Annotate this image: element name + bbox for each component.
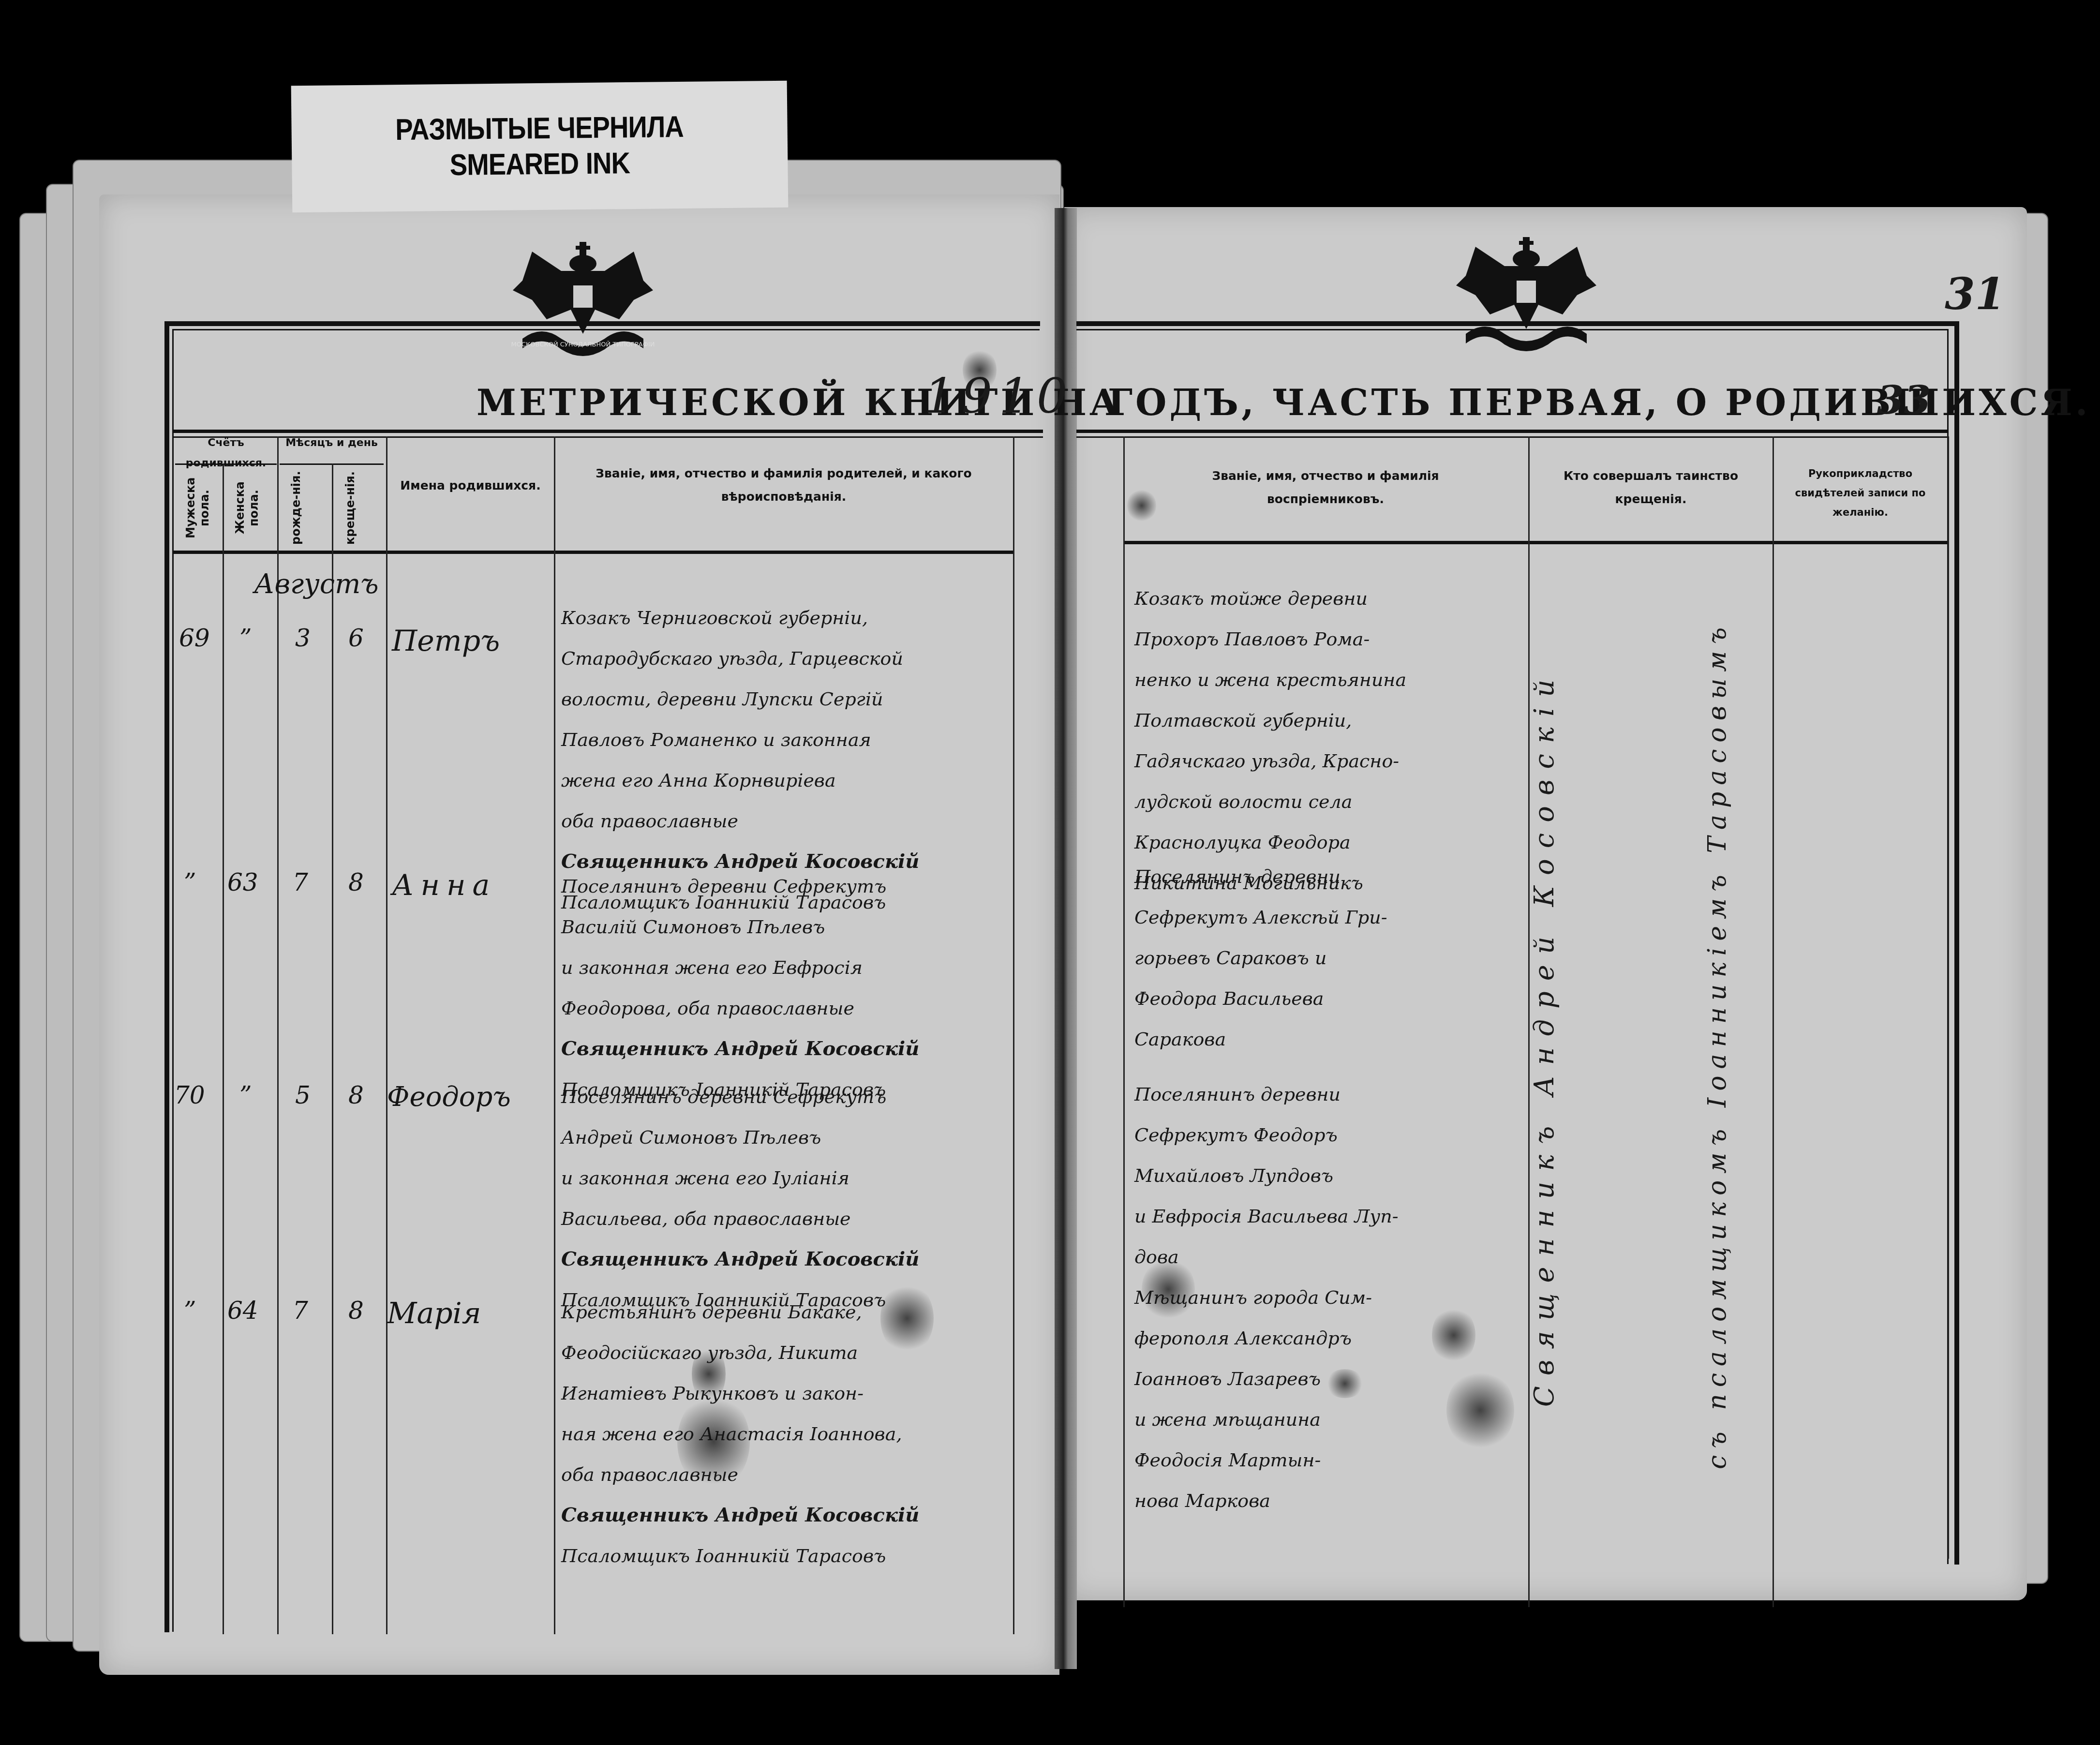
row4-birth-day: 7 [293, 1297, 308, 1325]
book-spine [1055, 208, 1077, 1669]
col-divider [1948, 436, 1949, 1559]
folio-number: 31 [1945, 268, 2005, 320]
signature-priest: Священникъ Андрей Косовскій [561, 1239, 919, 1280]
header-names: Имена родившихся. [389, 474, 551, 497]
row2-female-no: 63 [227, 868, 258, 896]
row1-name: Петръ [392, 624, 500, 658]
row4-name: Марія [387, 1297, 481, 1330]
label-line-en: SMEARED INK [449, 146, 630, 183]
header-performer: Кто совершалъ таинство крещенія. [1531, 464, 1771, 510]
header-godparents: Званіе, имя, отчество и фамилія воспріем… [1127, 464, 1524, 510]
left-header-bottom-rule [172, 551, 1014, 554]
header-parents: Званіе, имя, отчество и фамилія родителе… [566, 462, 1001, 508]
header-count-born: Счётъ родившихся. [175, 433, 277, 474]
header-birth: рожде-нія. [289, 469, 323, 547]
ink-smear [1326, 1369, 1364, 1398]
col-divider [1772, 436, 1774, 1607]
row3-name: Феодоръ [387, 1081, 511, 1113]
row4-baptism-day: 8 [348, 1297, 364, 1325]
row3-female-no: ” [239, 1081, 252, 1109]
ink-smear [677, 1393, 750, 1490]
col-divider [277, 436, 279, 1634]
godparents-row2: Поселянинъ деревни Сефрекутъ Алексѣй Гри… [1134, 856, 1387, 1059]
col-divider [1123, 436, 1125, 1607]
row2-parents: Поселянинъ деревни Сефрекутъ Василій Сим… [561, 866, 919, 1110]
header-female: Женска пола. [233, 469, 267, 547]
header-male: Мужеска пола. [184, 469, 218, 547]
godparents-row1: Козакъ тойже деревни Прохоръ Павловъ Ром… [1134, 578, 1406, 903]
month-label: Августъ [254, 568, 379, 600]
row1-male-no: 69 [179, 624, 210, 652]
row1-female-no: ” [239, 624, 252, 652]
row2-baptism-day: 8 [348, 868, 364, 896]
signature-priest: Священникъ Андрей Косовскій [561, 1029, 919, 1069]
left-header-top-rule [172, 430, 1043, 433]
ink-smear [1446, 1369, 1514, 1451]
signature-priest: Священникъ Андрей Косовскій [561, 1495, 919, 1536]
row4-female-no: 64 [227, 1297, 258, 1325]
right-header-top-rule-2 [1076, 436, 1947, 438]
row2-male-no: ” [184, 868, 196, 896]
ink-smear [963, 348, 997, 392]
row4-male-no: ” [184, 1297, 196, 1325]
label-line-ru: РАЗМЫТЫЕ ЧЕРНИЛА [395, 109, 684, 148]
col-divider [332, 463, 333, 1634]
ink-smear [1432, 1306, 1475, 1364]
col-divider [223, 463, 224, 1634]
row3-male-no: 70 [174, 1081, 205, 1109]
row2-birth-day: 7 [293, 868, 308, 896]
right-header-top-rule [1076, 430, 1947, 433]
row3-birth-day: 5 [295, 1081, 311, 1109]
godparents-row3: Поселянинъ деревни Сефрекутъ Феодоръ Мих… [1134, 1074, 1399, 1277]
header-baptism: креще-нія. [343, 469, 377, 547]
sheet-number: 33 [1877, 377, 1931, 423]
signature-psalmist: Псаломщикъ Іоанникій Тарасовъ [561, 1536, 919, 1576]
year-handwritten: 1910 [924, 368, 1074, 424]
row3-parents: Поселянинъ деревни Сефрекутъ Андрей Симо… [561, 1076, 919, 1320]
col-divider [386, 436, 387, 1634]
ink-smear [1127, 489, 1156, 522]
row2-name: Анна [392, 868, 496, 902]
header-witnesses: Рукоприкладство свидѣтелей записи по жел… [1774, 464, 1946, 522]
col-divider [1013, 436, 1014, 1634]
row1-birth-day: 3 [295, 624, 311, 652]
row3-baptism-day: 8 [348, 1081, 364, 1109]
ink-smear [880, 1282, 934, 1355]
assistant-vertical-text: съ псаломщикомъ Іоанникіемъ Тарасовымъ [1703, 532, 1732, 1558]
performer-vertical-text: Священникъ Андрей Косовскій [1529, 542, 1560, 1534]
right-page-title: ГОДЪ, ЧАСТЬ ПЕРВАЯ, О РОДИВШИХСЯ. [1108, 382, 2091, 424]
header-month-day: Мѣсяцъ и день [280, 433, 384, 453]
smeared-ink-label-card: РАЗМЫТЫЕ ЧЕРНИЛА SMEARED INK [291, 81, 789, 213]
row1-baptism-day: 6 [348, 624, 364, 652]
col-divider [554, 436, 555, 1634]
ink-smear [1142, 1258, 1195, 1321]
